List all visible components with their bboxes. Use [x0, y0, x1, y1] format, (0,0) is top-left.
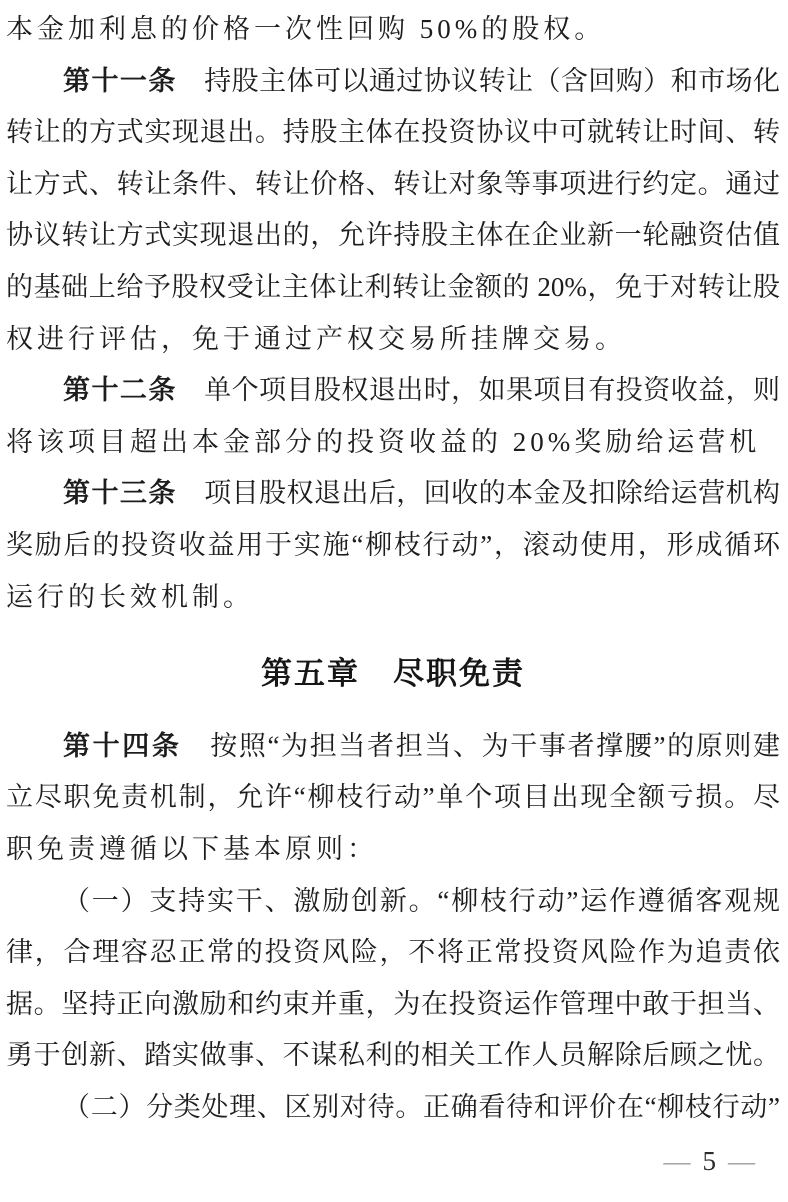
- document-line: 律，合理容忍正常的投资风险，不将正常投资风险作为追责依: [6, 927, 780, 979]
- line-text: 律，合理容忍正常的投资风险，不将正常投资风险作为追责依: [6, 937, 780, 967]
- document-line: 本金加利息的价格一次性回购 50%的股权。: [6, 4, 780, 56]
- chapter-heading: 第五章 尽职免责: [6, 648, 780, 700]
- line-text: 单个项目股权退出时，如果项目有投资收益，则: [177, 375, 780, 405]
- line-text: 立尽职免责机制，允许“柳枝行动”单个项目出现全额亏损。尽: [6, 782, 780, 812]
- document-line: 立尽职免责机制，允许“柳枝行动”单个项目出现全额亏损。尽: [6, 772, 780, 824]
- line-text: 职免责遵循以下基本原则：: [6, 834, 378, 864]
- document-line: 第十一条 持股主体可以通过协议转让（含回购）和市场化: [6, 56, 780, 108]
- line-text: 奖励后的投资收益用于实施“柳枝行动”，滚动使用，形成循环: [6, 530, 780, 560]
- line-text: 转让的方式实现退出。持股主体在投资协议中可就转让时间、转: [6, 117, 780, 147]
- page-number-value: 5: [703, 1146, 717, 1176]
- line-text: 协议转让方式实现退出的，允许持股主体在企业新一轮融资估值: [6, 220, 780, 250]
- line-text: 按照“为担当者担当、为干事者撑腰”的原则建: [182, 731, 780, 761]
- line-text: 的基础上给予股权受让主体让利转让金额的 20%，免于对转让股: [6, 272, 780, 302]
- page-number-dash-right: —: [728, 1146, 755, 1176]
- page-number: —5—: [664, 1146, 756, 1176]
- document-line: 勇于创新、踏实做事、不谋私利的相关工作人员解除后顾之忧。: [6, 1030, 780, 1082]
- document-line: 让方式、转让条件、转让价格、转让对象等事项进行约定。通过: [6, 159, 780, 211]
- document-line: （二）分类处理、区别对待。正确看待和评价在“柳枝行动”: [6, 1082, 780, 1134]
- document-line: 协议转让方式实现退出的，允许持股主体在企业新一轮融资估值: [6, 210, 780, 262]
- line-text: 运行的长效机制。: [6, 582, 254, 612]
- line-text: 将该项目超出本金部分的投资收益的 20%奖励给运营机构。: [6, 427, 760, 469]
- line-text: 持股主体可以通过协议转让（含回购）和市场化: [177, 66, 780, 96]
- document-body: 本金加利息的价格一次性回购 50%的股权。第十一条 持股主体可以通过协议转让（含…: [6, 4, 780, 1133]
- line-text: 项目股权退出后，回收的本金及扣除给运营机构: [177, 478, 780, 508]
- article-number: 第十三条: [63, 478, 177, 508]
- document-page: 本金加利息的价格一次性回购 50%的股权。第十一条 持股主体可以通过协议转让（含…: [0, 0, 788, 1202]
- line-text: 本金加利息的价格一次性回购 50%的股权。: [6, 14, 605, 44]
- line-text: （一）支持实干、激励创新。“柳枝行动”运作遵循客观规: [63, 886, 780, 916]
- line-text: 据。坚持正向激励和约束并重，为在投资运作管理中敢于担当、: [6, 989, 780, 1019]
- document-line: （一）支持实干、激励创新。“柳枝行动”运作遵循客观规: [6, 876, 780, 928]
- document-line: 权进行评估，免于通过产权交易所挂牌交易。: [6, 314, 780, 366]
- article-number: 第十四条: [63, 731, 182, 761]
- document-line: 运行的长效机制。: [6, 572, 780, 624]
- document-line: 转让的方式实现退出。持股主体在投资协议中可就转让时间、转: [6, 107, 780, 159]
- document-line: 第十四条 按照“为担当者担当、为干事者撑腰”的原则建: [6, 721, 780, 773]
- line-text: 让方式、转让条件、转让价格、转让对象等事项进行约定。通过: [6, 169, 780, 199]
- document-line: 的基础上给予股权受让主体让利转让金额的 20%，免于对转让股: [6, 262, 780, 314]
- document-line: 职免责遵循以下基本原则：: [6, 824, 780, 876]
- document-line: 据。坚持正向激励和约束并重，为在投资运作管理中敢于担当、: [6, 979, 780, 1031]
- document-line: 第十二条 单个项目股权退出时，如果项目有投资收益，则: [6, 365, 780, 417]
- line-text: 勇于创新、踏实做事、不谋私利的相关工作人员解除后顾之忧。: [6, 1040, 780, 1070]
- document-line: 第十三条 项目股权退出后，回收的本金及扣除给运营机构: [6, 468, 780, 520]
- line-text: （二）分类处理、区别对待。正确看待和评价在“柳枝行动”: [63, 1092, 780, 1122]
- article-number: 第十二条: [63, 375, 177, 405]
- line-text: 权进行评估，免于通过产权交易所挂牌交易。: [6, 324, 626, 354]
- document-line: 将该项目超出本金部分的投资收益的 20%奖励给运营机构。: [6, 417, 780, 469]
- page-number-dash-left: —: [664, 1146, 691, 1176]
- document-line: 奖励后的投资收益用于实施“柳枝行动”，滚动使用，形成循环: [6, 520, 780, 572]
- article-number: 第十一条: [63, 66, 177, 96]
